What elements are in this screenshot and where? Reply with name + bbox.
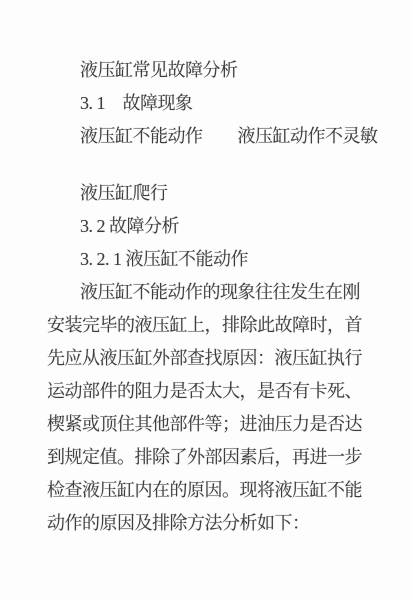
paragraph-line-8: 动作的原因及排除方法分析如下： (47, 507, 377, 540)
section-heading-3-2: 3. 2 故障分析 (47, 210, 377, 243)
paragraph-line-6: 到规定值。排除了外部因素后，再进一步 (47, 441, 377, 474)
paragraph-line-4: 运动部件的阻力是否太大，是否有卡死、 (47, 375, 377, 408)
scanned-document-page: 液压缸常见故障分析 3. 1 故障现象 液压缸不能动作 液压缸动作不灵敏 液压缸… (0, 0, 413, 600)
section-heading-3-1: 3. 1 故障现象 (47, 87, 377, 120)
paragraph-line-5: 楔紧或顶住其他部件等；进油压力是否达 (47, 408, 377, 441)
paragraph-line-1: 液压缸不能动作的现象往往发生在刚 (47, 276, 377, 309)
section-heading-3-2-1: 3. 2. 1 液压缸不能动作 (47, 243, 377, 276)
document-title: 液压缸常见故障分析 (47, 54, 377, 87)
paragraph-line-7: 检查液压缸内在的原因。现将液压缸不能 (47, 474, 377, 507)
fault-phenomena-line: 液压缸不能动作 液压缸动作不灵敏 (47, 120, 377, 153)
paragraph-line-3: 先应从液压缸外部查找原因：液压缸执行 (47, 342, 377, 375)
paragraph-line-2: 安装完毕的液压缸上，排除此故障时，首 (47, 309, 377, 342)
document-text-block: 液压缸常见故障分析 3. 1 故障现象 液压缸不能动作 液压缸动作不灵敏 液压缸… (47, 54, 377, 540)
fault-phenomena-creep-line: 液压缸爬行 (47, 177, 377, 210)
